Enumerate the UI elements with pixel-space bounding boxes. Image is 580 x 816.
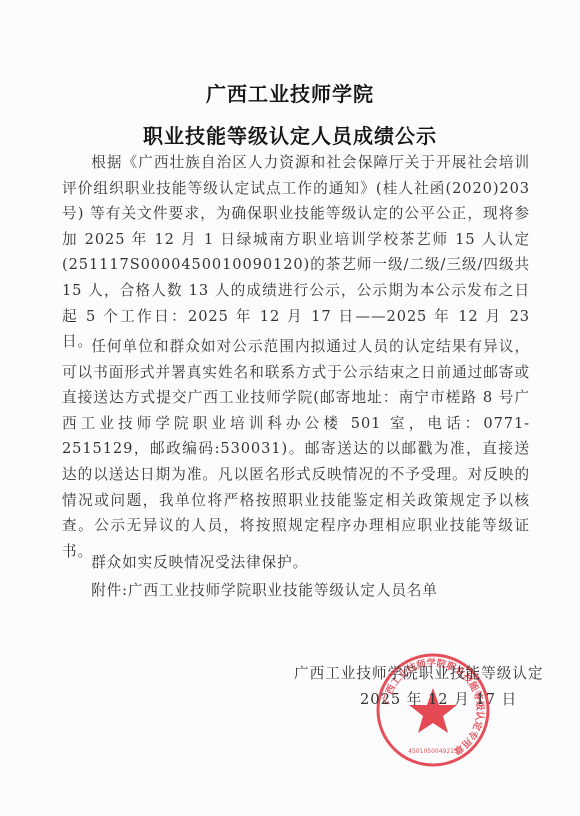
document-title: 职业技能等级认定人员成绩公示 bbox=[0, 120, 580, 149]
paragraph-text: 群众如实反映情况受法律保护。 bbox=[62, 550, 530, 576]
paragraph-protection: 群众如实反映情况受法律保护。 bbox=[62, 550, 530, 576]
signature-organization: 广西工业技师学院职业技能等级认定 bbox=[294, 662, 544, 683]
paragraph-notice: 根据《广西壮族自治区人力资源和社会保障厅关于开展社会培训评价组织职业技能等级认定… bbox=[62, 150, 530, 355]
paragraph-objection: 任何单位和群众如对公示范围内拟通过人员的认定结果有异议，可以书面形式并署真实姓名… bbox=[62, 334, 530, 564]
signature-date: 2025 年 12 月 17 日 bbox=[360, 688, 517, 709]
document-page: 广西工业技师学院 职业技能等级认定人员成绩公示 根据《广西壮族自治区人力资源和社… bbox=[0, 0, 580, 816]
attachment-link: 附件:广西工业技师学院职业技能等级认定人员名单 bbox=[62, 578, 530, 604]
paragraph-attachment: 附件:广西工业技师学院职业技能等级认定人员名单 bbox=[62, 578, 530, 604]
paragraph-text: 根据《广西壮族自治区人力资源和社会保障厅关于开展社会培训评价组织职业技能等级认定… bbox=[62, 150, 530, 355]
svg-text:4501050049215: 4501050049215 bbox=[408, 748, 458, 755]
document-title-org: 广西工业技师学院 bbox=[0, 78, 580, 107]
paragraph-text: 任何单位和群众如对公示范围内拟通过人员的认定结果有异议，可以书面形式并署真实姓名… bbox=[62, 334, 530, 564]
